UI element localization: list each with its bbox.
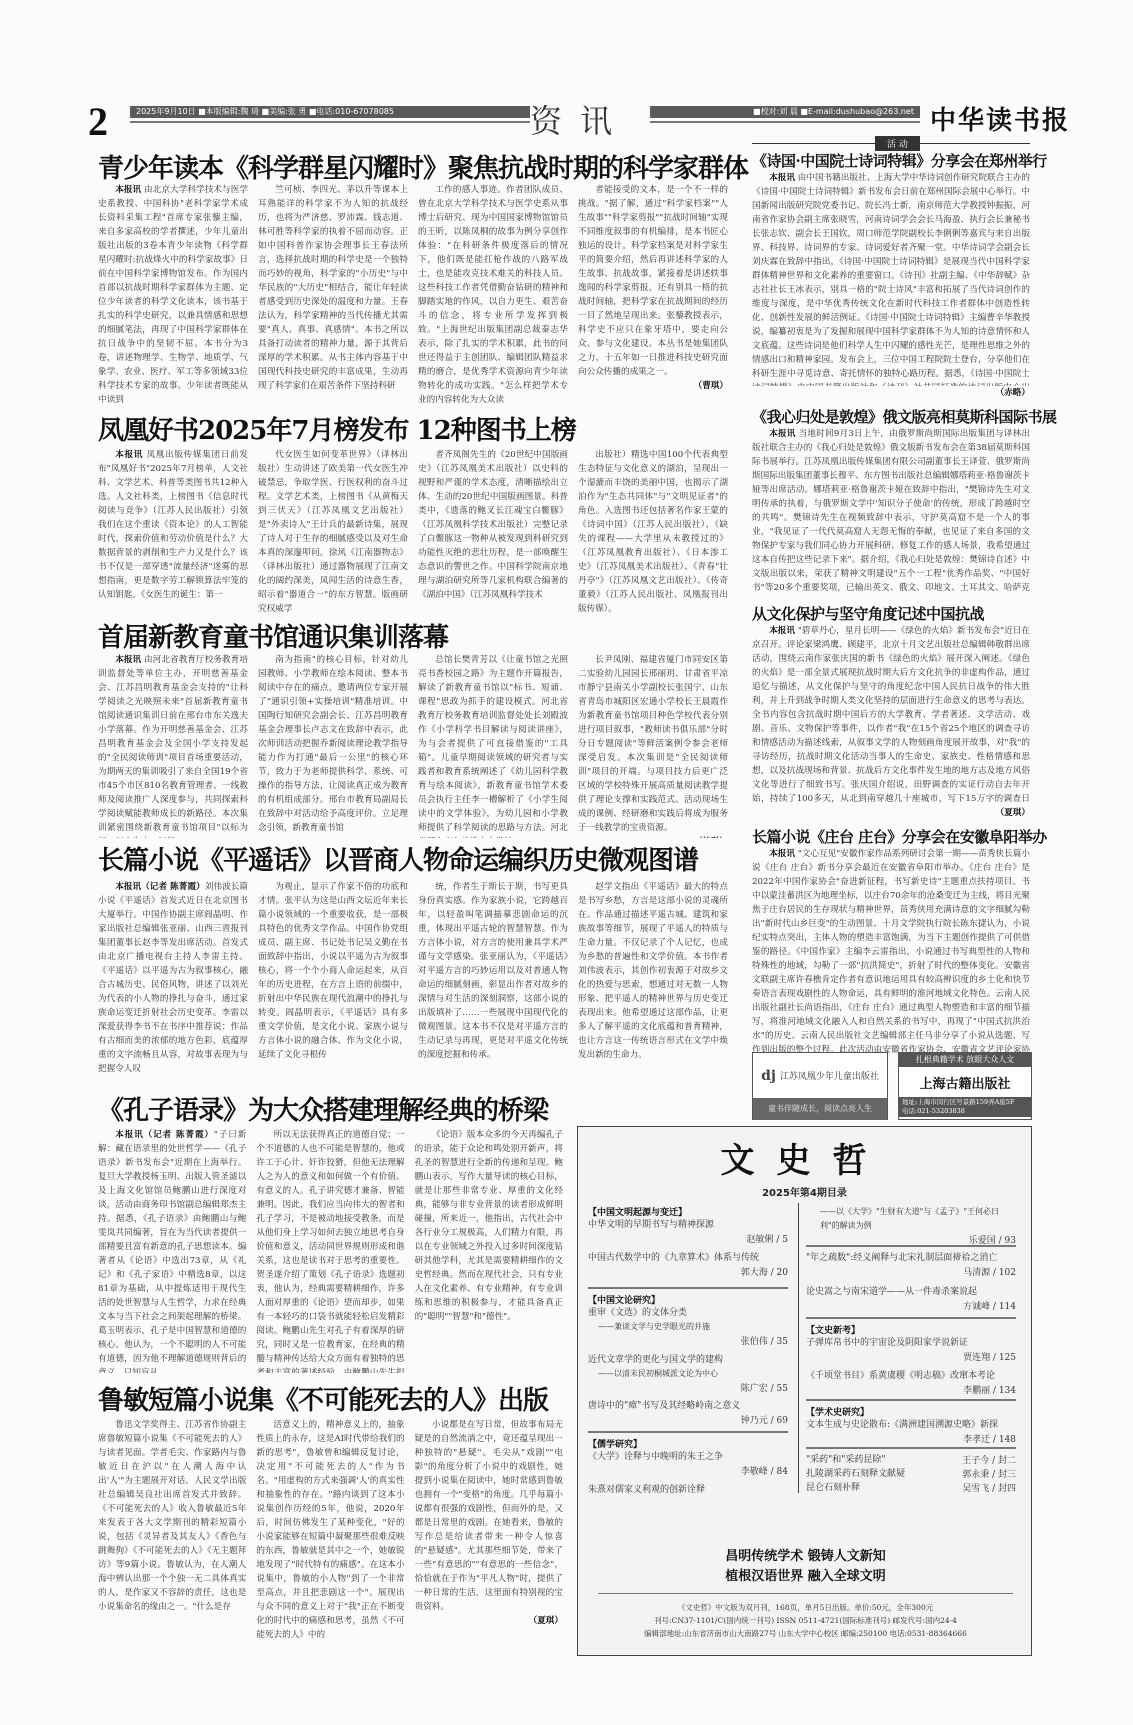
article-4-col-4: 赵学文指出《平遥话》最大的特点是书写乡愁，方言是这部小说的灵魂所在。作品通过描述… bbox=[578, 880, 728, 1080]
toc-left-column: 【中国文明起源与变迁】 中华文明的早期书写与精神探源 赵敏俐 / 5 中国古代数… bbox=[588, 1205, 788, 1497]
article-6-body: 鲁迅文学奖得主、江苏省作协副主席鲁敏短篇小说集《不可能死去的人》与读者见面。学者… bbox=[98, 1418, 563, 1673]
lead-tag: 本报讯 bbox=[115, 185, 141, 195]
toc-covers: "采药"和"采药昆除"王子今 / 封二 扎陵湖采药石刻释文献疑郭永秉 / 封三 … bbox=[806, 1449, 1016, 1495]
toc-entry[interactable]: 中国古代数学中的《九章算术》体系与传统 郭大海 / 20 bbox=[588, 1243, 788, 1287]
proof-bar: ■校对:刘 晨 ■E-mail:dushubao@263.net bbox=[650, 106, 920, 123]
toc-entry[interactable]: 近代文章学的更化与国文学的建构 ——以清末民初桐城派文论为中心 陈广宏 / 55 bbox=[588, 1347, 788, 1393]
divider bbox=[798, 1203, 799, 1493]
toc-entry[interactable]: "年之疏数":经义阐释与北宋礼制层面禘祫之消亡 马清源 / 102 bbox=[806, 1247, 1016, 1281]
journal-motto: 昌明传统学术 锻铸人文新知 植根汉语世界 融入全球文明 bbox=[578, 1547, 1033, 1587]
lead-tag: 本报讯（记者 陈菁霞） bbox=[115, 1130, 214, 1140]
article-6-col-3: 小说都是在写日常，但故事布局无疑是的自然流淌之中，竟还蕴呈现出一种独特的"悬疑"… bbox=[415, 1418, 563, 1673]
toc-entry[interactable]: ——以《大学》"生财有大道"与《孟子》"王何必曰利"的解读为例 乐爱国 / 93 bbox=[806, 1205, 1016, 1245]
byline: （夏琪） bbox=[415, 1614, 563, 1628]
byline: （曹琪） bbox=[578, 379, 728, 393]
article-2-headline: 凤凰好书2025年7月榜发布 12种图书上榜 bbox=[98, 410, 576, 447]
ad-2-top: 扎根典籍学术 放眼大众人文 bbox=[899, 1053, 1031, 1067]
article-4-col-3: 统，作者生于斯长于斯，书写更具身份真实感。作为家族小说，它跨越百年，以轻盈叫笔调… bbox=[418, 880, 568, 1080]
byline: （赤略） bbox=[752, 386, 1030, 398]
lead-tag: 本报讯 bbox=[769, 173, 795, 183]
journal-toc-ad: 文史哲 2025年第4期目录 【中国文明起源与变迁】 中华文明的早期书写与精神探… bbox=[577, 1126, 1032, 1656]
lead-tag: 本报讯 bbox=[769, 849, 795, 859]
sidebar: 《诗国·中国院士诗词特辑》分享会在郑州举行 本报讯 由中国书籍出版社、上海大学中… bbox=[752, 150, 1030, 1069]
article-3-col-2: 南为指南"的核心目标，针对幼儿园教师、小学教师在绘本阅读、整本书阅读中存在的痛点… bbox=[258, 653, 408, 838]
motto-line-1: 昌明传统学术 锻铸人文新知 bbox=[578, 1547, 1033, 1567]
byline: （夏琪） bbox=[752, 806, 1030, 818]
lead-tag: 本报讯 bbox=[769, 429, 795, 439]
article-4-col-2: 为观止，显示了作家不俗的功底和才情。张平认为这是山西文坛近年来长篇小说领域的一个… bbox=[258, 880, 408, 1080]
toc-entry[interactable]: 朱熹对儒家义利观的创新诠释 bbox=[588, 1477, 788, 1497]
footer-line-3: 编辑部地址:山东省济南市山大南路27号 山东大学中心校区 邮编:250100 电… bbox=[578, 1627, 1033, 1640]
proof-bar-text: ■校对:刘 晨 ■E-mail:dushubao@263.net bbox=[650, 106, 920, 118]
publisher-logo-icon: dj bbox=[761, 1068, 776, 1084]
toc-entry[interactable]: 唐诗中的"瘴"书写及其经略岭南之意义 钟乃元 / 69 bbox=[588, 1393, 788, 1431]
toc-entry[interactable]: 【中国文论研究】 重审《文选》的文体分类 ——兼谈文学与史学眼光的并施 张伯伟 … bbox=[588, 1289, 788, 1347]
article-2-col-3: 者齐凤阁先生的《20世纪中国版画史》（江苏凤凰美术出版社）以史料的视野和严谨的学… bbox=[418, 448, 568, 613]
divider bbox=[598, 1593, 1013, 1594]
byline: （桂琳） bbox=[578, 835, 728, 838]
article-1-col-4: 者能接受的文本，是一个不一样的挑战。"据了解，通过"科学家档案""人生故事""科… bbox=[578, 183, 728, 403]
article-3-body: 本报讯 由河北省教育厅校务教育培训监督处等单位主办，开明慈善基金会、江苏昌明教育… bbox=[98, 653, 728, 838]
ad-shanghai-guji[interactable]: 扎根典籍学术 放眼大众人文 上海古籍出版社 地址:上海市闵行区号景路159弄A座… bbox=[898, 1052, 1032, 1120]
page-number: 2 bbox=[88, 98, 108, 145]
article-3-col-4: 长尹凤刚、福建省厦门市同安区第二实验幼儿园园长邢丽玥、甘肃省平凉市静宁县南关小学… bbox=[578, 653, 728, 838]
divider bbox=[650, 121, 920, 123]
activity-tag: 活 动 bbox=[875, 136, 920, 151]
toc-entry[interactable]: 论史嵩之与南宋道学——从一件毒杀案说起 方诚峰 / 114 bbox=[806, 1281, 1016, 1317]
divider bbox=[130, 121, 530, 123]
article-3-col-3: 总馆长樊青芳以《让童书馆之光照亮书香校园之路》为主题作开篇报告，解读了新教育童书… bbox=[418, 653, 568, 838]
article-4-headline: 长篇小说《平遥话》以晋商人物命运编织历史微观图谱 bbox=[98, 840, 698, 877]
ad-1-name: 江苏凤凰少年儿童出版社 bbox=[780, 1069, 879, 1082]
toc-entry[interactable]: 【学术史研究】 文本生成与史论散布:《满洲建国溯源史略》新探 李孝迁 / 148 bbox=[806, 1401, 1016, 1447]
lead-tag: 本报讯 bbox=[769, 626, 795, 636]
article-5-col-1: 本报讯（记者 陈菁霞）"子曰新解：藏在语录里的处世哲学——《孔子语录》新书发布会… bbox=[98, 1128, 246, 1373]
sidebar-4-body: 本报讯 "文心互见"安徽作家作品系列研讨会第一期——苗秀侠长篇小说《庄台 庄台》… bbox=[752, 847, 1030, 1057]
article-1-body: 本报讯 由北京大学科学技术与医学史系教授、中国科协"老科学家学术成长资料采集工程… bbox=[98, 183, 728, 403]
article-1-col-2: 竺可桢、李四光、茅以升等课本上耳熟能详的科学家不为人知的抗战经历，也将为严济慈、… bbox=[258, 183, 408, 403]
lead-tag: 本报讯 bbox=[115, 655, 141, 665]
sidebar-2-body: 本报讯 当地时间9月3日上午，由俄罗斯尚斯国际出版集团与译林出版社联合主办的《我… bbox=[752, 427, 1030, 595]
article-5-col-2: 所以无法获得真正的道德自觉；一个不道德的人也不可能是智慧的，他或许工于心计、奸诈… bbox=[256, 1128, 404, 1373]
footer-line-1: 《文史哲》中文版为双月刊，168页，单月5日出版。单价:50元，全年300元 bbox=[578, 1601, 1033, 1614]
article-2-col-4: 出版社）精选中国100个代表典型生态特征与文化意义的湖泊，呈现出一个湿漉而丰饶的… bbox=[578, 448, 728, 613]
paper-logo: 中华读书报 bbox=[930, 100, 1070, 137]
sidebar-1-body: 本报讯 由中国书籍出版社、上海大学中华诗词创作研究院联合主办的《诗国·中国院士诗… bbox=[752, 171, 1030, 386]
toc-entry[interactable]: 扎陵湖采药石刻释文献疑郭永秉 / 封三 bbox=[806, 1467, 1016, 1481]
article-2-body: 本报讯 凤凰出版传媒集团日前发布"凤凰好书"2025年7月榜单，人文社科、文学艺… bbox=[98, 448, 728, 613]
article-5-headline: 《孔子语录》为大众搭建理解经典的桥梁 bbox=[98, 1090, 548, 1127]
article-6-col-1: 鲁迅文学奖得主、江苏省作协副主席鲁敏短篇小说集《不可能死去的人》与读者见面。学者… bbox=[98, 1418, 246, 1673]
article-4-body: 本报讯（记者 陈菁霞）刘伟波长篇小说《平遥话》首发式近日在北京图书大厦举行。中国… bbox=[98, 880, 728, 1080]
toc-entry[interactable]: 《千顷堂书目》系黄虞稷《明志稿》改窜本考论 李鹏丽 / 134 bbox=[806, 1365, 1016, 1399]
ad-1-logo-row: dj 江苏凤凰少年儿童出版社 bbox=[753, 1053, 887, 1098]
article-1-col-1: 本报讯 由北京大学科学技术与医学史系教授、中国科协"老科学家学术成长资料采集工程… bbox=[98, 183, 248, 403]
info-bar: 2025年9月10日 ■本版编辑:魏 琦 ■美编:张 勇 ■电话:010-670… bbox=[130, 106, 530, 123]
ad-1-slogan: 童书伴随成长，阅读点亮人生 bbox=[753, 1098, 887, 1120]
article-6-col-2: 活意义上的，精神意义上的，抽象性质上的永存，这是AI时代带给我们的新的思考"，鲁… bbox=[256, 1418, 404, 1673]
article-5-col-3: 《论语》版本众多的今天再编孔子的语录，能于众论和鸣处别开新声，将孔圣的智慧进行全… bbox=[415, 1128, 563, 1373]
toc-entry[interactable]: 【文史新考】 子弹库帛书中的宇宙论及阴阳家学说新证 贾连翔 / 125 bbox=[806, 1319, 1016, 1365]
article-4-col-1: 本报讯（记者 陈菁霞）刘伟波长篇小说《平遥话》首发式近日在北京图书大厦举行。中国… bbox=[98, 880, 248, 1080]
toc-entry[interactable]: 昆仑石刻补释吴雪飞 / 封四 bbox=[806, 1481, 1016, 1495]
sidebar-3-body: 本报讯 "碧草丹心，星月长明——《绿色的火焰》新书发布会"近日在京召开。评论家梁… bbox=[752, 624, 1030, 806]
article-2-col-2: 代女医生如何变革世界》（译林出版社）生动讲述了欧美第一代女医生冲破禁忌，争取学医… bbox=[258, 448, 408, 613]
sidebar-2-headline: 《我心归处是敦煌》俄文版亮相莫斯科国际书展 bbox=[752, 406, 1030, 427]
info-bar-text: 2025年9月10日 ■本版编辑:魏 琦 ■美编:张 勇 ■电话:010-670… bbox=[130, 106, 530, 118]
ad-2-phone: 电话:021-53203838 bbox=[902, 1107, 1028, 1116]
lead-tag: 本报讯 bbox=[115, 450, 143, 460]
toc-issue: 2025年第4期目录 bbox=[578, 1184, 1031, 1199]
article-1-col-3: 工作的感人事迹。作者团队成员、曾在北京大学科学技术与医学史系从事博士后研究、现为… bbox=[418, 183, 568, 403]
article-1-headline: 青少年读本《科学群星闪耀时》聚焦抗战时期的科学家群体 bbox=[98, 148, 748, 185]
article-3-headline: 首届新教育童书馆通识集训落幕 bbox=[98, 617, 448, 654]
toc-entry[interactable]: "采药"和"采药昆除"王子今 / 封二 bbox=[806, 1453, 1016, 1467]
sidebar-1-headline: 《诗国·中国院士诗词特辑》分享会在郑州举行 bbox=[752, 150, 1030, 171]
motto-line-2: 植根汉语世界 融入全球文明 bbox=[578, 1567, 1033, 1587]
toc-entry[interactable]: 【中国文明起源与变迁】 中华文明的早期书写与精神探源 赵敏俐 / 5 bbox=[588, 1205, 788, 1243]
toc-right-column: ——以《大学》"生财有大道"与《孟子》"王何必曰利"的解读为例 乐爱国 / 93… bbox=[806, 1205, 1016, 1495]
article-6-headline: 鲁敏短篇小说集《不可能死去的人》出版 bbox=[98, 1380, 548, 1417]
ad-jiangsu-phoenix-children[interactable]: dj 江苏凤凰少年儿童出版社 童书伴随成长，阅读点亮人生 bbox=[752, 1052, 888, 1120]
sidebar-4-headline: 长篇小说《庄台 庄台》分享会在安徽阜阳举办 bbox=[752, 826, 1030, 847]
ad-2-name: 上海古籍出版社 bbox=[899, 1067, 1031, 1097]
journal-logo: 文史哲 bbox=[578, 1133, 1031, 1182]
article-5-body: 本报讯（记者 陈菁霞）"子曰新解：藏在语录里的处世哲学——《孔子语录》新书发布会… bbox=[98, 1128, 563, 1373]
lead-tag: 本报讯（记者 陈菁霞） bbox=[115, 882, 205, 892]
section-title: 资讯 bbox=[530, 96, 630, 142]
ad-2-address: 地址:上海市闵行区号景路159弄A座5F bbox=[902, 1098, 1028, 1107]
sidebar-3-headline: 从文化保护与坚守角度记述中国抗战 bbox=[752, 603, 1030, 624]
journal-footer: 《文史哲》中文版为双月刊，168页，单月5日出版。单价:50元，全年300元 刊… bbox=[578, 1601, 1033, 1640]
footer-line-2: 刊号:CN37-1101/C(国内统一刊号) ISSN 0511-4721(国际… bbox=[578, 1614, 1033, 1627]
article-2-col-1: 本报讯 凤凰出版传媒集团日前发布"凤凰好书"2025年7月榜单，人文社科、文学艺… bbox=[98, 448, 248, 613]
toc-entry[interactable]: 【儒学研究】 《大学》诠释与中晚明的朱王之争 李敬峰 / 84 bbox=[588, 1433, 788, 1477]
article-3-col-1: 本报讯 由河北省教育厅校务教育培训监督处等单位主办，开明慈善基金会、江苏昌明教育… bbox=[98, 653, 248, 838]
